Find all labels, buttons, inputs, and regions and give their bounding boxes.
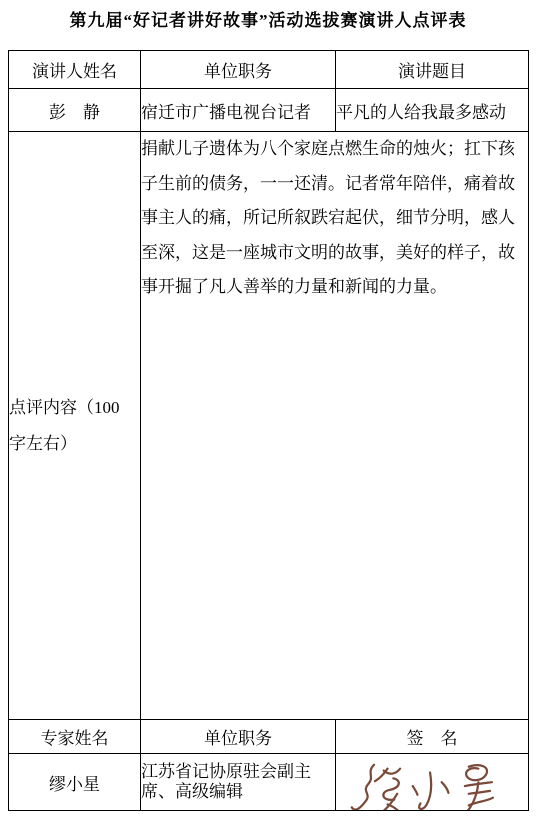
header-speech-topic: 演讲题目: [336, 51, 529, 89]
header-expert-unit: 单位职务: [141, 720, 336, 754]
speaker-name-value: 彭 静: [9, 89, 141, 132]
speaker-header-row: 演讲人姓名 单位职务 演讲题目: [9, 51, 529, 89]
expert-row: 缪小星 江苏省记协原驻会副主席、高级编辑: [9, 754, 529, 811]
expert-header-row: 专家姓名 单位职务 签 名: [9, 720, 529, 754]
speech-topic-value: 平凡的人给我最多感动: [336, 89, 529, 132]
expert-name-value: 缪小星: [9, 754, 141, 811]
signature-image: [344, 759, 520, 811]
header-speaker-unit: 单位职务: [141, 51, 336, 89]
signature-cell: [336, 754, 529, 811]
comment-label-line1: 点评内容（100: [9, 398, 120, 417]
speaker-unit-value: 宿迁市广播电视台记者: [141, 89, 336, 132]
evaluation-form-page: 第九届“好记者讲好故事”活动选拔赛演讲人点评表 演讲人姓名 单位职务 演讲题目 …: [0, 0, 536, 823]
comment-label-cell: 点评内容（100 字左右）: [9, 132, 141, 720]
speaker-row: 彭 静 宿迁市广播电视台记者 平凡的人给我最多感动: [9, 89, 529, 132]
header-expert-name: 专家姓名: [9, 720, 141, 754]
page-title: 第九届“好记者讲好故事”活动选拔赛演讲人点评表: [0, 6, 536, 31]
comment-row: 点评内容（100 字左右） 捐献儿子遗体为八个家庭点燃生命的烛火；扛下孩子生前的…: [9, 132, 529, 720]
comment-text: 捐献儿子遗体为八个家庭点燃生命的烛火；扛下孩子生前的债务，一一还清。记者常年陪伴…: [141, 132, 529, 720]
header-speaker-name: 演讲人姓名: [9, 51, 141, 89]
header-signature: 签 名: [336, 720, 529, 754]
evaluation-table: 演讲人姓名 单位职务 演讲题目 彭 静 宿迁市广播电视台记者 平凡的人给我最多感…: [8, 50, 529, 811]
expert-unit-value: 江苏省记协原驻会副主席、高级编辑: [141, 754, 336, 811]
comment-label-line2: 字左右）: [9, 434, 77, 453]
